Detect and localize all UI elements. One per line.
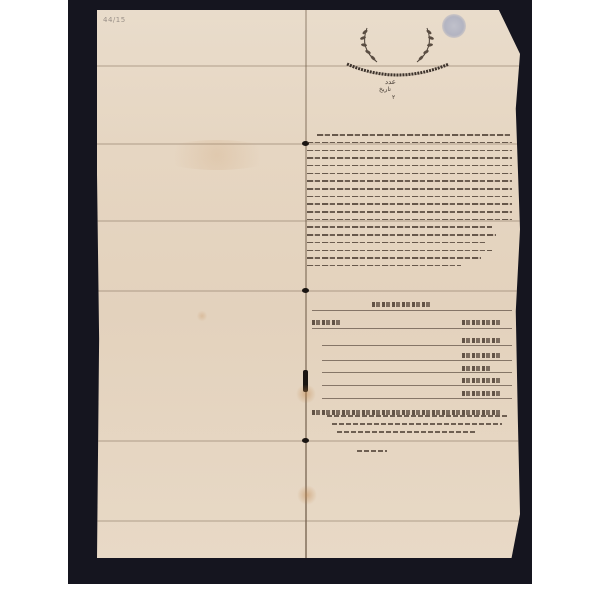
laurel-wreath-icon	[337, 20, 457, 80]
closing-text-line	[337, 431, 477, 433]
catalog-mark: 44/15	[103, 16, 126, 24]
horizontal-fold	[97, 520, 520, 522]
stain	[157, 140, 277, 170]
stain	[197, 310, 207, 322]
closing-text-line	[332, 423, 502, 425]
wear-hole	[302, 438, 309, 443]
stain	[297, 485, 317, 505]
letterhead-date-line: تاریخ	[379, 86, 391, 93]
vertical-fold	[305, 10, 307, 558]
stain	[295, 385, 317, 403]
letterhead-subheader: عدد	[385, 78, 396, 86]
signature	[357, 450, 387, 452]
closing-text-line	[327, 415, 507, 417]
handwritten-body	[307, 128, 512, 273]
letterhead-number: ۲	[392, 94, 395, 101]
wear-hole	[302, 288, 309, 293]
letterhead: عدد تاریخ ۲	[337, 20, 457, 100]
ottoman-document: 44/15	[97, 10, 520, 558]
